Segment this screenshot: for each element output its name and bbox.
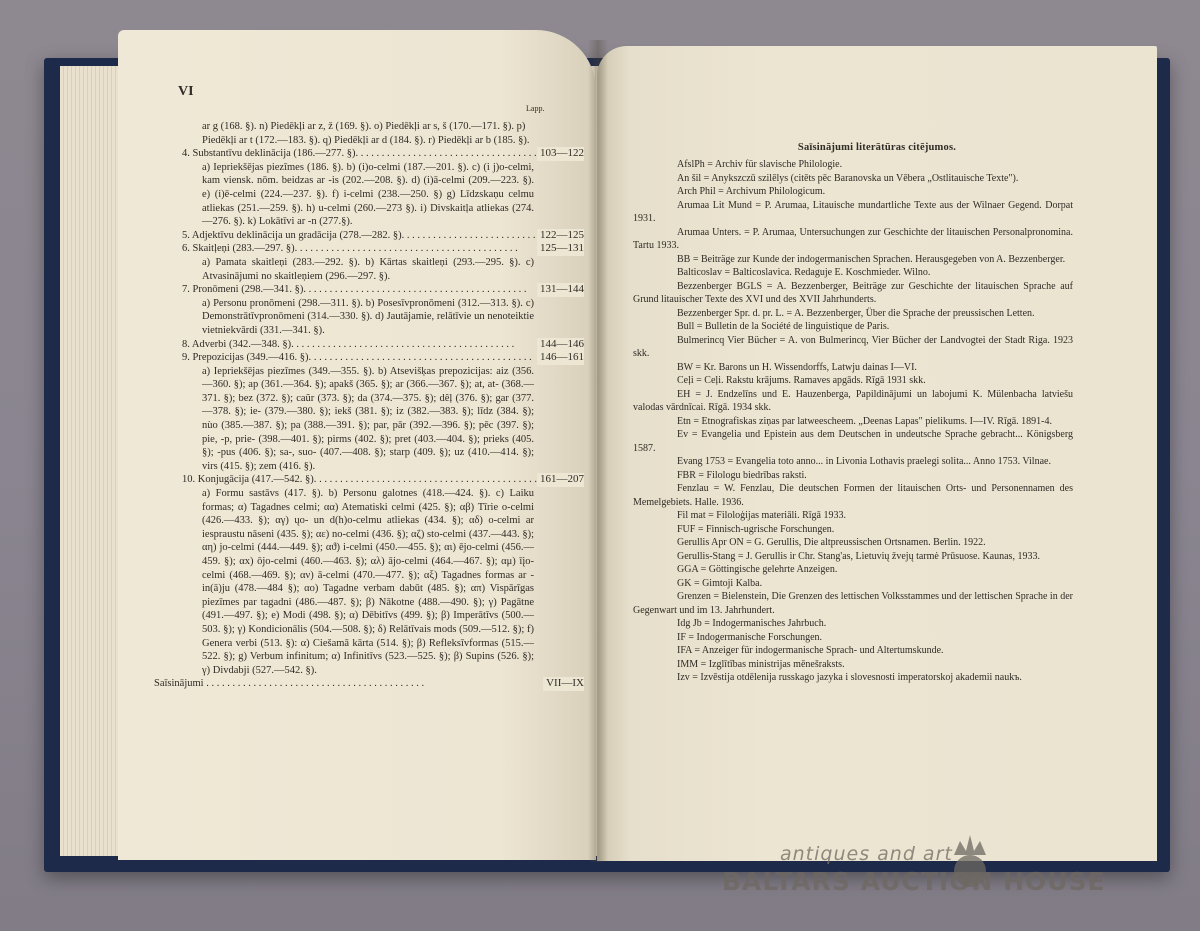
page-title: Saīsinājumi literātūras citējumos. bbox=[597, 142, 1157, 153]
reference-entry: GGA = Göttingische gelehrte Anzeigen. bbox=[633, 563, 1073, 577]
reference-entry: AfslPh = Archiv für slavische Philologie… bbox=[633, 158, 1073, 172]
reference-entry: EH = J. Endzelīns und E. Hauzenberga, Pa… bbox=[633, 388, 1073, 415]
toc-entry: 4. Substantīvu deklinācija (186.—277. §)… bbox=[154, 147, 584, 229]
right-page: Saīsinājumi literātūras citējumos. AfslP… bbox=[597, 46, 1157, 861]
reference-entry: Izv = Izvēstija otdēlenija russkago jazy… bbox=[633, 671, 1073, 685]
toc-entry-title: 10. Konjugācija (417.—542. §). bbox=[154, 473, 584, 487]
reference-entry: Arumaa Unters. = P. Arumaa, Untersuchung… bbox=[633, 226, 1073, 253]
left-page: VI Lapp. ar g (168. §). n) Piedēkļi ar z… bbox=[118, 30, 596, 860]
toc-entry: Saīsinājumi VII—IX bbox=[154, 677, 584, 691]
toc-entry-details: a) Personu pronōmeni (298.—311. §). b) P… bbox=[154, 297, 584, 338]
reference-entry: BW = Kr. Barons un H. Wissendorffs, Latw… bbox=[633, 361, 1073, 375]
toc-entry: 5. Adjektīvu deklinācija un gradācija (2… bbox=[154, 229, 584, 243]
toc-entry-title: Saīsinājumi bbox=[154, 677, 584, 691]
toc-entry: 6. Skaitļeņi (283.—297. §). 125—131 a) P… bbox=[154, 242, 584, 283]
reference-entry: Bezzenberger BGLS = A. Bezzenberger, Bei… bbox=[633, 280, 1073, 307]
toc-entry-pages: 146—161 bbox=[537, 351, 584, 365]
reference-entry: FBR = Filologu biedrības raksti. bbox=[633, 469, 1073, 483]
reference-entry: Bull = Bulletin de la Société de linguis… bbox=[633, 320, 1073, 334]
reference-entry: FUF = Finnisch-ugrische Forschungen. bbox=[633, 523, 1073, 537]
reference-entry: GK = Gimtoji Kalba. bbox=[633, 577, 1073, 591]
toc-entry-title: 7. Pronōmeni (298.—341. §). bbox=[154, 283, 584, 297]
toc-entry: 10. Konjugācija (417.—542. §). 161—207 a… bbox=[154, 473, 584, 677]
reference-entry: Idg Jb = Indogermanisches Jahrbuch. bbox=[633, 617, 1073, 631]
reference-entry: Ev = Evangelia und Epistein aus dem Deut… bbox=[633, 428, 1073, 455]
toc-entry-pages: 122—125 bbox=[537, 229, 584, 243]
column-header: Lapp. bbox=[526, 104, 544, 113]
toc-entry-details: a) Iepriekšējas piezīmes (349.—355. §). … bbox=[154, 365, 584, 474]
table-of-contents: ar g (168. §). n) Piedēkļi ar z, ž (169.… bbox=[154, 120, 584, 691]
toc-entry-pages: 103—122 bbox=[537, 147, 584, 161]
reference-list: AfslPh = Archiv für slavische Philologie… bbox=[633, 158, 1073, 685]
reference-entry: IF = Indogermanische Forschungen. bbox=[633, 631, 1073, 645]
reference-entry: Bulmerincq Vier Bücher = A. von Bulmerin… bbox=[633, 334, 1073, 361]
toc-entry: 7. Pronōmeni (298.—341. §). 131—144 a) P… bbox=[154, 283, 584, 337]
toc-entry-pages: 125—131 bbox=[537, 242, 584, 256]
reference-entry: Ceļi = Ceļi. Rakstu krājums. Ramaves apg… bbox=[633, 374, 1073, 388]
toc-entry-details: a) Pamata skaitleņi (283.—292. §). b) Kā… bbox=[154, 256, 584, 283]
reference-entry: Fenzlau = W. Fenzlau, Die deutschen Form… bbox=[633, 482, 1073, 509]
toc-entry-title: 5. Adjektīvu deklinācija un gradācija (2… bbox=[154, 229, 584, 243]
reference-entry: IMM = Izglītības ministrijas mēnešraksts… bbox=[633, 658, 1073, 672]
reference-entry: Gerullis-Stang = J. Gerullis ir Chr. Sta… bbox=[633, 550, 1073, 564]
reference-entry: Etn = Etnografiskas ziņas par latweesche… bbox=[633, 415, 1073, 429]
reference-entry: Gerullis Apr ON = G. Gerullis, Die altpr… bbox=[633, 536, 1073, 550]
toc-entry: 8. Adverbi (342.—348. §). 144—146 bbox=[154, 338, 584, 352]
reference-entry: Bezzenberger Spr. d. pr. L. = A. Bezzenb… bbox=[633, 307, 1073, 321]
reference-entry: Arumaa Lit Mund = P. Arumaa, Litauische … bbox=[633, 199, 1073, 226]
toc-continuation: ar g (168. §). n) Piedēkļi ar z, ž (169.… bbox=[154, 120, 584, 147]
toc-entry-pages: VII—IX bbox=[543, 677, 584, 691]
reference-entry: Arch Phil = Archivum Philologicum. bbox=[633, 185, 1073, 199]
reference-entry: IFA = Anzeiger für indogermanische Sprac… bbox=[633, 644, 1073, 658]
toc-entry-pages: 161—207 bbox=[537, 473, 584, 487]
reference-entry: Grenzen = Bielenstein, Die Grenzen des l… bbox=[633, 590, 1073, 617]
toc-entry-pages: 144—146 bbox=[537, 338, 584, 352]
toc-entry-title: 4. Substantīvu deklinācija (186.—277. §)… bbox=[154, 147, 584, 161]
toc-entry-title: 6. Skaitļeņi (283.—297. §). bbox=[154, 242, 584, 256]
toc-entry-details: a) Formu sastāvs (417. §). b) Personu ga… bbox=[154, 487, 584, 677]
page-number: VI bbox=[178, 84, 194, 100]
reference-entry: Fil mat = Filoloģijas materiāli. Rīgā 19… bbox=[633, 509, 1073, 523]
reference-entry: Balticoslav = Balticoslavica. Redaguje E… bbox=[633, 266, 1073, 280]
toc-entry-title: 8. Adverbi (342.—348. §). bbox=[154, 338, 584, 352]
reference-entry: BB = Beiträge zur Kunde der indogermanis… bbox=[633, 253, 1073, 267]
reference-entry: Evang 1753 = Evangelia toto anno... in L… bbox=[633, 455, 1073, 469]
toc-entry-title: 9. Prepozicijas (349.—416. §). bbox=[154, 351, 584, 365]
reference-entry: An šil = Anykszczū szilēlys (citēts pēc … bbox=[633, 172, 1073, 186]
book-gutter bbox=[588, 40, 608, 862]
toc-entry-pages: 131—144 bbox=[537, 283, 584, 297]
toc-entry-details: a) Iepriekšējas piezīmes (186. §). b) (i… bbox=[154, 161, 584, 229]
toc-entry: 9. Prepozicijas (349.—416. §). 146—161 a… bbox=[154, 351, 584, 473]
